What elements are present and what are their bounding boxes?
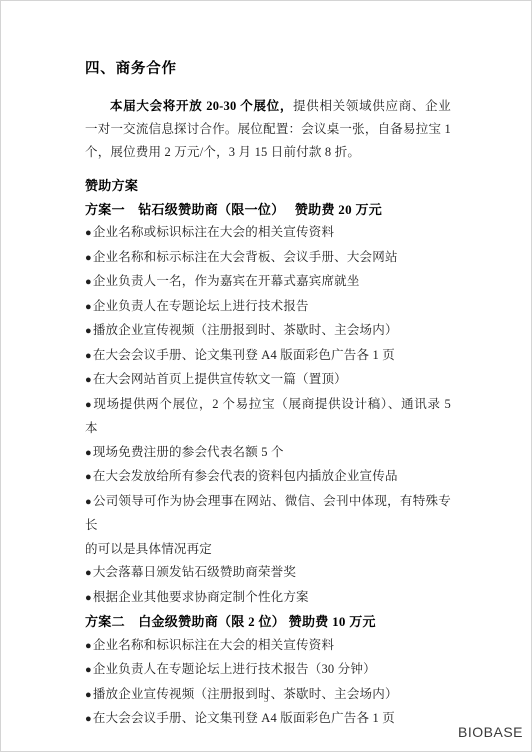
intro-lead-text: 本届大会将开放 20-30 个展位， (110, 99, 293, 113)
bullet-text: 在大会会议手册、论文集刊登 A4 版面彩色广告各 1 页 (93, 711, 395, 725)
plan1-title: 方案一 钻石级赞助商（限一位） 赞助费 20 万元 (85, 198, 451, 222)
bullet-text: 企业负责人在专题论坛上进行技术报告 (93, 299, 309, 313)
biobase-watermark: BIOBASE (458, 724, 523, 740)
bullet-text: 根据企业其他要求协商定制个性化方案 (93, 590, 309, 604)
bullet-icon: ● (85, 374, 92, 386)
bullet-text: 在大会发放给所有参会代表的资料包内插放企业宣传品 (93, 469, 398, 483)
bullet-icon: ● (85, 227, 92, 239)
bullet-text: 公司领导可作为协会理事在网站、微信、会刊中体现，有特殊专长 的可以是具体情况再定 (85, 494, 451, 556)
bullet-text: 企业负责人一名，作为嘉宾在开幕式嘉宾席就坐 (93, 274, 360, 288)
bullet-item: ●企业负责人在专题论坛上进行技术报告 (85, 295, 451, 320)
document-page: 四、商务合作 本届大会将开放 20-30 个展位，提供相关领域供应商、企业一对一… (0, 0, 532, 752)
bullet-item: ●在大会网站首页上提供宣传软文一篇（置顶） (85, 368, 451, 393)
plan2-title: 方案二 白金级赞助商（限 2 位） 赞助费 10 万元 (85, 610, 451, 634)
bullet-item: ●播放企业宣传视频（注册报到时、茶歇时、主会场内） (85, 319, 451, 344)
bullet-icon: ● (85, 567, 92, 579)
plan1-bullet-list: ●企业名称或标识标注在大会的相关宣传资料 ●企业名称和标示标注在大会背板、会议手… (85, 221, 451, 610)
bullet-text: 现场提供两个展位，2 个易拉宝（展商提供设计稿）、通讯录 5 本 (85, 397, 451, 436)
bullet-icon: ● (85, 447, 92, 459)
bullet-icon: ● (85, 713, 92, 725)
intro-paragraph: 本届大会将开放 20-30 个展位，提供相关领域供应商、企业一对一交流信息探讨合… (85, 95, 451, 164)
bullet-item: ●在大会会议手册、论文集刊登 A4 版面彩色广告各 1 页 (85, 707, 451, 732)
bullet-item: ●根据企业其他要求协商定制个性化方案 (85, 586, 451, 611)
bullet-item: ●企业名称和标示标注在大会背板、会议手册、大会网站 (85, 246, 451, 271)
bullet-item: ●在大会会议手册、论文集刊登 A4 版面彩色广告各 1 页 (85, 344, 451, 369)
bullet-text: 企业负责人在专题论坛上进行技术报告（30 分钟） (93, 662, 376, 676)
bullet-icon: ● (85, 252, 92, 264)
bullet-item: ●公司领导可作为协会理事在网站、微信、会刊中体现，有特殊专长 的可以是具体情况再… (85, 490, 451, 562)
bullet-icon: ● (85, 640, 92, 652)
bullet-item: ●企业负责人一名，作为嘉宾在开幕式嘉宾席就坐 (85, 270, 451, 295)
bullet-item: ●企业负责人在专题论坛上进行技术报告（30 分钟） (85, 658, 451, 683)
sponsor-plans-heading: 赞助方案 (85, 174, 451, 198)
bullet-item: ●在大会发放给所有参会代表的资料包内插放企业宣传品 (85, 465, 451, 490)
bullet-text: 企业名称和标示标注在大会背板、会议手册、大会网站 (93, 250, 398, 264)
bullet-text: 现场免费注册的参会代表名额 5 个 (93, 445, 284, 459)
bullet-item: ●大会落幕日颁发钻石级赞助商荣誉奖 (85, 561, 451, 586)
bullet-icon: ● (85, 471, 92, 483)
bullet-icon: ● (85, 325, 92, 337)
bullet-icon: ● (85, 350, 92, 362)
bullet-item: ●现场提供两个展位，2 个易拉宝（展商提供设计稿）、通讯录 5 本 (85, 393, 451, 441)
plan2-bullet-list: ●企业名称和标识标注在大会的相关宣传资料 ●企业负责人在专题论坛上进行技术报告（… (85, 634, 451, 732)
bullet-item: ●现场免费注册的参会代表名额 5 个 (85, 441, 451, 466)
bullet-item: ●企业名称和标识标注在大会的相关宣传资料 (85, 634, 451, 659)
page-number: 5 (1, 694, 531, 704)
bullet-icon: ● (85, 399, 92, 411)
bullet-text: 在大会网站首页上提供宣传软文一篇（置顶） (93, 372, 347, 386)
page-content: 四、商务合作 本届大会将开放 20-30 个展位，提供相关领域供应商、企业一对一… (1, 1, 531, 732)
bullet-text: 企业名称和标识标注在大会的相关宣传资料 (93, 638, 334, 652)
bullet-text: 在大会会议手册、论文集刊登 A4 版面彩色广告各 1 页 (93, 348, 395, 362)
bullet-icon: ● (85, 301, 92, 313)
bullet-icon: ● (85, 664, 92, 676)
section-heading: 四、商务合作 (85, 57, 451, 81)
bullet-item: ●企业名称或标识标注在大会的相关宣传资料 (85, 221, 451, 246)
bullet-icon: ● (85, 276, 92, 288)
bullet-text: 大会落幕日颁发钻石级赞助商荣誉奖 (93, 565, 296, 579)
bullet-icon: ● (85, 592, 92, 604)
bullet-text: 播放企业宣传视频（注册报到时、茶歇时、主会场内） (93, 323, 398, 337)
bullet-icon: ● (85, 496, 92, 508)
bullet-text: 企业名称或标识标注在大会的相关宣传资料 (93, 225, 334, 239)
